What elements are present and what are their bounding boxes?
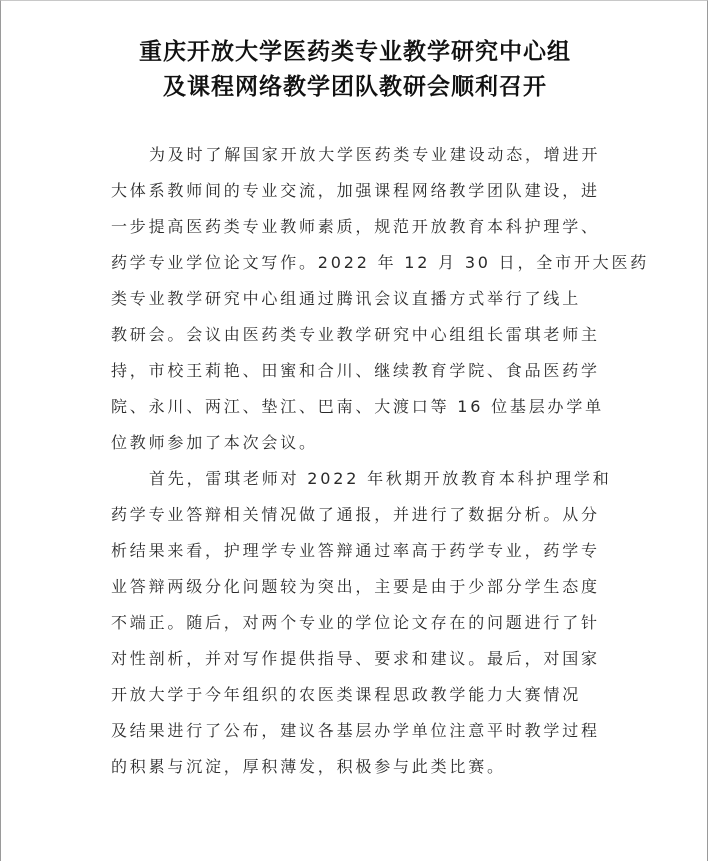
text-line: 持，市校王莉艳、田蜜和合川、继续教育学院、食品医药学 bbox=[111, 353, 607, 389]
text-line: 院、永川、两江、垫江、巴南、大渡口等 16 位基层办学单 bbox=[111, 389, 607, 425]
title-line: 及课程网络教学团队教研会顺利召开 bbox=[1, 69, 709, 104]
text-line: 教研会。会议由医药类专业教学研究中心组组长雷琪老师主 bbox=[111, 317, 607, 353]
text-line: 大体系教师间的专业交流，加强课程网络教学团队建设，进 bbox=[111, 173, 607, 209]
text-line: 开放大学于今年组织的农医类课程思政教学能力大赛情况 bbox=[111, 677, 607, 713]
text-line: 药学专业答辩相关情况做了通报，并进行了数据分析。从分 bbox=[111, 497, 607, 533]
paragraph-1: 为及时了解国家开放大学医药类专业建设动态，增进开 大体系教师间的专业交流，加强课… bbox=[111, 137, 607, 461]
title-line: 重庆开放大学医药类专业教学研究中心组 bbox=[1, 34, 709, 69]
text-line: 位教师参加了本次会议。 bbox=[111, 425, 607, 461]
text-line: 及结果进行了公布，建议各基层办学单位注意平时教学过程 bbox=[111, 713, 607, 749]
paragraph-2: 首先，雷琪老师对 2022 年秋期开放教育本科护理学和 药学专业答辩相关情况做了… bbox=[111, 461, 607, 785]
article-body: 为及时了解国家开放大学医药类专业建设动态，增进开 大体系教师间的专业交流，加强课… bbox=[111, 137, 607, 785]
text-line: 析结果来看，护理学专业答辩通过率高于药学专业，药学专 bbox=[111, 533, 607, 569]
text-line: 首先，雷琪老师对 2022 年秋期开放教育本科护理学和 bbox=[111, 461, 607, 497]
text-line: 为及时了解国家开放大学医药类专业建设动态，增进开 bbox=[111, 137, 607, 173]
text-line: 药学专业学位论文写作。2022 年 12 月 30 日，全市开大医药 bbox=[111, 245, 607, 281]
text-line: 不端正。随后，对两个专业的学位论文存在的问题进行了针 bbox=[111, 605, 607, 641]
text-line: 的积累与沉淀，厚积薄发，积极参与此类比赛。 bbox=[111, 749, 607, 785]
text-line: 一步提高医药类专业教师素质，规范开放教育本科护理学、 bbox=[111, 209, 607, 245]
text-line: 对性剖析，并对写作提供指导、要求和建议。最后，对国家 bbox=[111, 641, 607, 677]
document-page: 重庆开放大学医药类专业教学研究中心组 及课程网络教学团队教研会顺利召开 为及时了… bbox=[0, 0, 708, 861]
text-line: 业答辩两级分化问题较为突出，主要是由于少部分学生态度 bbox=[111, 569, 607, 605]
article-title: 重庆开放大学医药类专业教学研究中心组 及课程网络教学团队教研会顺利召开 bbox=[1, 34, 709, 104]
text-line: 类专业教学研究中心组通过腾讯会议直播方式举行了线上 bbox=[111, 281, 607, 317]
